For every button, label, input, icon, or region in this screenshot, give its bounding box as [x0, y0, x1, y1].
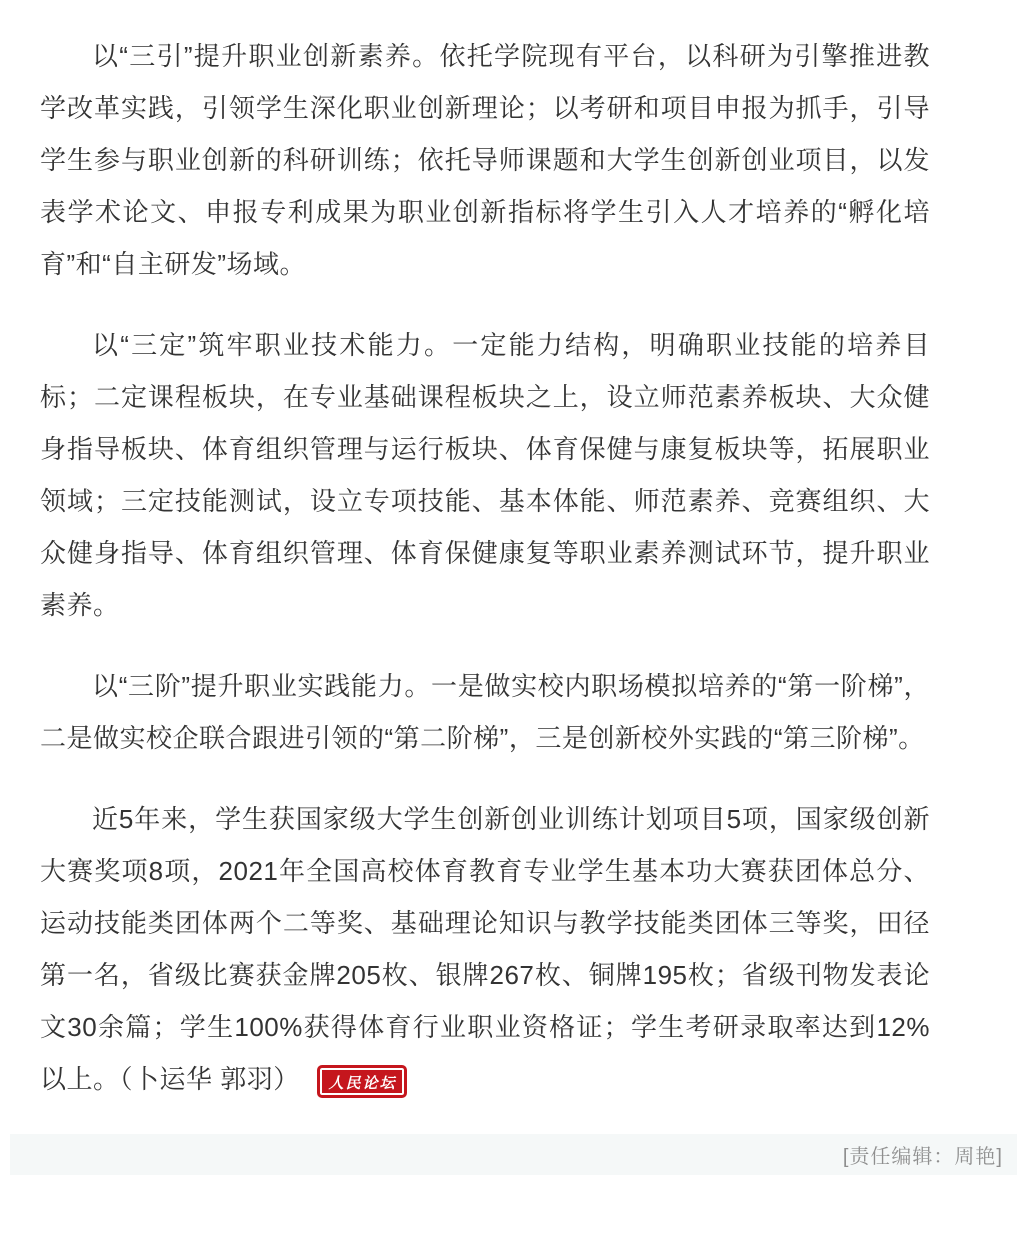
article-body: 以“三引”提升职业创新素养。依托学院现有平台，以科研为引擎推进教学改革实践，引领…: [0, 0, 1024, 1105]
article-paragraph-4-text: 近5年来，学生获国家级大学生创新创业训练计划项目5项，国家级创新大赛奖项8项，2…: [40, 804, 930, 1094]
rmlt-seal-logo-text: 人民论坛: [328, 1075, 396, 1092]
editor-note: [责任编辑：周艳]: [843, 1140, 1003, 1169]
article-paragraph-1: 以“三引”提升职业创新素养。依托学院现有平台，以科研为引擎推进教学改革实践，引领…: [40, 30, 930, 290]
article-paragraph-2: 以“三定”筑牢职业技术能力。一定能力结构，明确职业技能的培养目标；二定课程板块，…: [40, 319, 930, 631]
article-paragraph-3: 以“三阶”提升职业实践能力。一是做实校内职场模拟培养的“第一阶梯”，二是做实校企…: [40, 660, 930, 764]
rmlt-seal-logo: 人民论坛: [317, 1065, 407, 1098]
editor-footer: [责任编辑：周艳]: [10, 1134, 1017, 1175]
article-paragraph-4: 近5年来，学生获国家级大学生创新创业训练计划项目5项，国家级创新大赛奖项8项，2…: [40, 793, 930, 1105]
